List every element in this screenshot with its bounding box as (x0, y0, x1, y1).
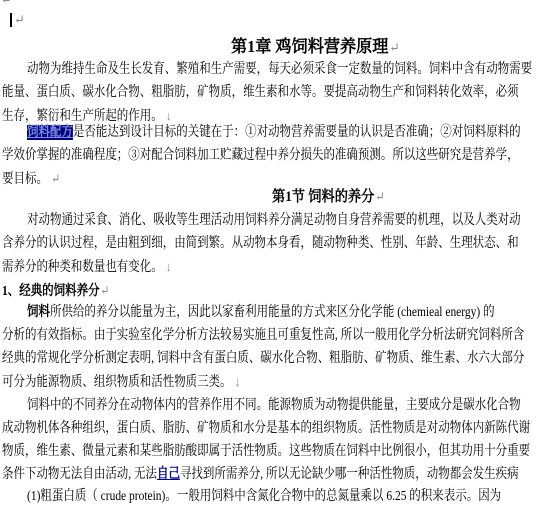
paragraph-line: 可分为能源物质、组织物质和活性物质三类。↓ (2, 373, 293, 391)
paragraph-line: 饲料配方是否能达到设计目标的关键在于：①对动物营养需要量的认识是否准确；②对饲料… (27, 124, 536, 141)
paragraph-line: 学效价掌握的准确程度；③对配合饲料加工贮藏过程中养分损失的准确预测。所以这些研究… (2, 147, 536, 164)
paragraph-line: 饲料所供给的养分以能量为主，因此以家畜利用能量的方式来区分化学能 (chemie… (27, 304, 536, 321)
line-break-mark-icon: ↓ (166, 259, 171, 274)
paragraph-line: 能量、蛋白质、碳水化合物、粗脂肪，矿物质，维生素和水等。要提高动物生产和饲料转化… (2, 84, 536, 101)
text-cursor (10, 13, 12, 27)
paragraph-line: 生存，繁衍和生产所起的作用。↓ (2, 107, 209, 125)
section-heading-text: 第1节 饲料的养分 (272, 189, 374, 205)
paragraph-line: 成动物机体各种组织，蛋白质、脂肪、矿物质和水分是基本的组织物质。活性物质是对动物… (2, 420, 536, 437)
section-heading: 第1节 饲料的养分↵ (272, 188, 400, 206)
paragraph-mark-icon: ↵ (389, 40, 399, 55)
subsection-heading-text: 1、经典的饲料养分 (2, 284, 100, 299)
paragraph-mark-icon: ↵ (375, 189, 385, 204)
chapter-heading-text: 第1章 鸡饲料营养原理 (231, 37, 388, 56)
paragraph-line: 经典的常规化学分析测定表明, 饲料中含有蛋白质、碳水化合物、粗脂肪、矿物质、维生… (2, 350, 536, 367)
paragraph-mark-icon: ↵ (14, 12, 25, 28)
paragraph-mark-icon: ↵ (1, 0, 12, 8)
paragraph-line: 含养分的认识过程，是由粗到细，由简到繁。从动物本身看，随动物种类、性别、年龄、生… (2, 235, 536, 252)
chapter-heading: 第1章 鸡饲料营养原理↵ (231, 38, 409, 56)
selected-hyperlink[interactable]: 饲料配方 (27, 125, 73, 140)
paragraph-line: 要目标。↵ (2, 170, 73, 188)
document-page[interactable]: ↵ ↵ 第1章 鸡饲料营养原理↵ 动物为维持生命及生长发育、繁殖和生产需要，每天… (0, 0, 536, 506)
paragraph-line: (1)粗蛋白质（ crude protein)。一般用饲料中含氮化合物中的总氮量… (27, 488, 536, 505)
line-break-mark-icon: ↓ (235, 374, 240, 389)
subsection-heading: 1、经典的饲料养分↵ (2, 282, 133, 300)
hyperlink[interactable]: 自己 (157, 467, 180, 482)
paragraph-line: 分析的有效指标。由于实验室化学分析方法较易实施且可重复性高, 所以一般用化学分析… (2, 327, 536, 344)
paragraph-line: 饲料中的不同养分在动物体内的营养作用不同。能源物质为动物提供能量，主要成分是碳水… (27, 397, 536, 414)
paragraph-line: 条件下动物无法自由活动, 无法自己寻找到所需养分, 所以无论缺少哪一种活性物质，… (2, 466, 536, 483)
paragraph-mark-icon: ↵ (100, 283, 109, 298)
paragraph-line: 对动物通过采食、消化、吸收等生理活动用饲料养分满足动物自身营养需要的机理，以及人… (27, 212, 536, 229)
bold-lead-text: 饲料 (27, 305, 50, 320)
paragraph-line: 需养分的种类和数量也有变化。↓ (2, 258, 209, 276)
paragraph-line: 动物为维持生命及生长发育、繁殖和生产需要，每天必须采食一定数量的饲料。饲料中含有… (27, 61, 536, 78)
paragraph-mark-icon: ↵ (51, 171, 60, 186)
line-break-mark-icon: ↓ (166, 108, 171, 123)
paragraph-line: 物质，维生素、微量元素和某些脂肪酸即属于活性物质。这些物质在饲料中比例很小，但其… (2, 443, 536, 460)
